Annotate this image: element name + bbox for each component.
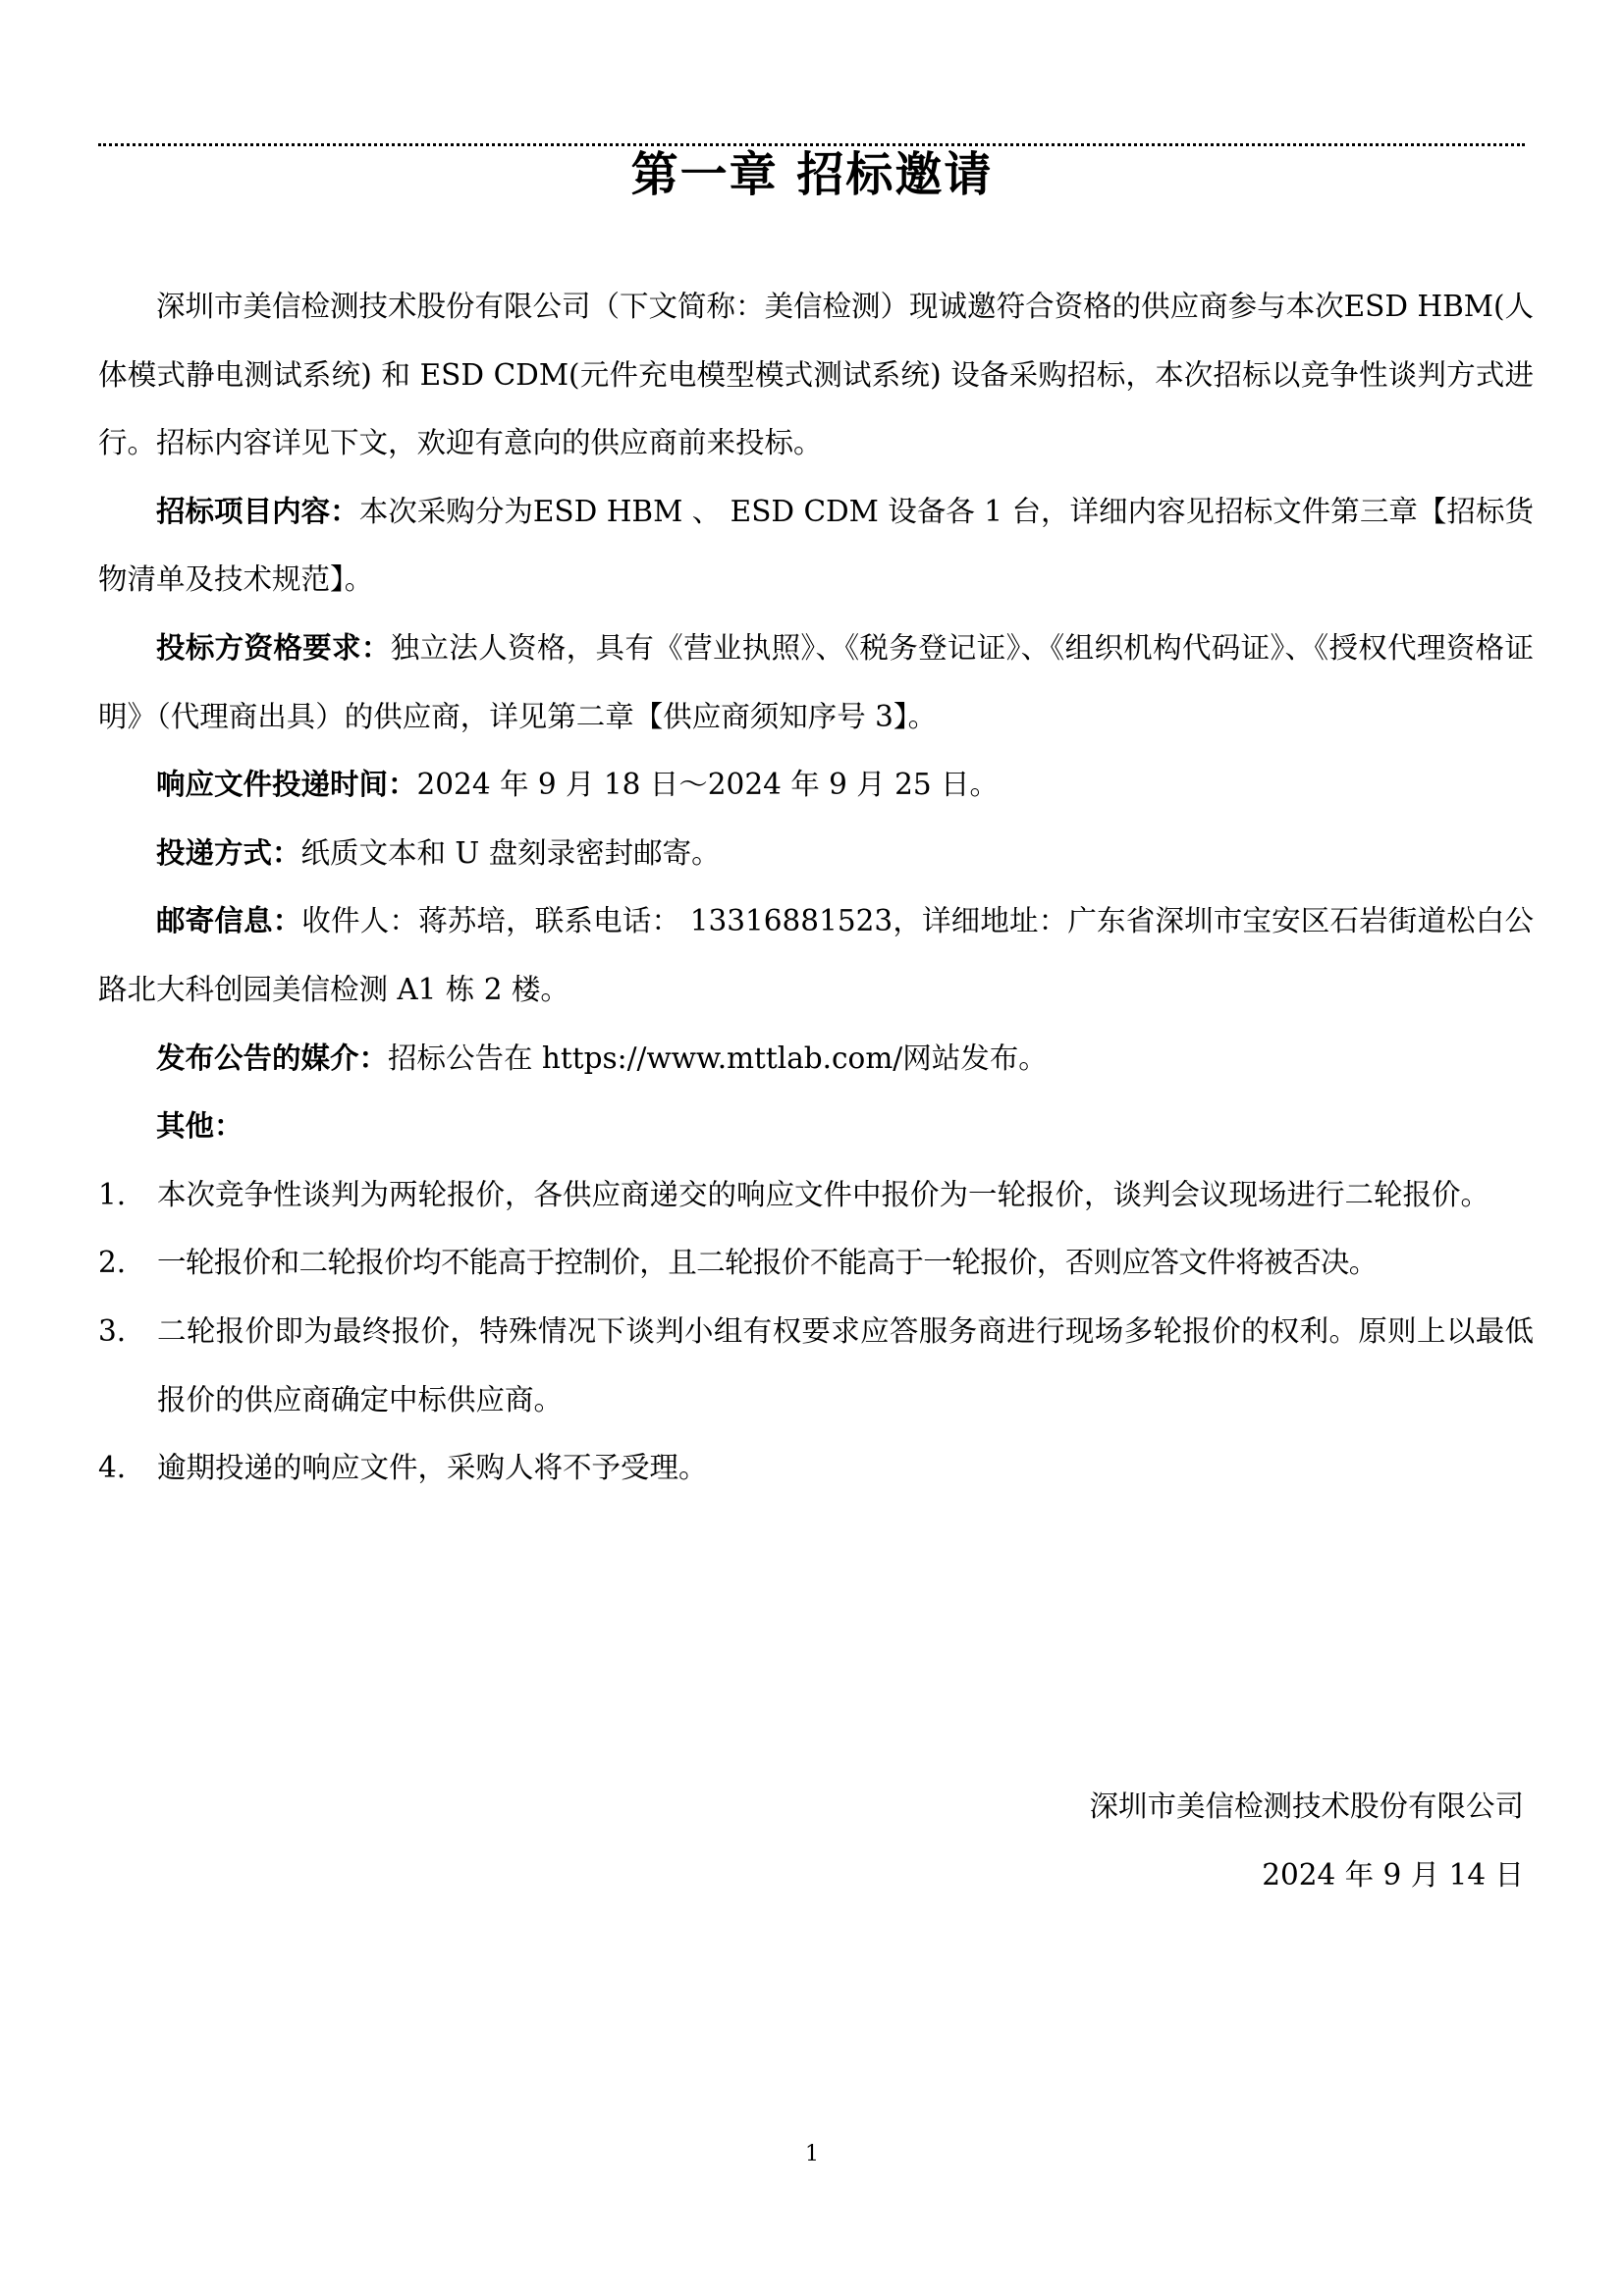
list-text: 一轮报价和二轮报价均不能高于控制价，且二轮报价不能高于一轮报价，否则应答文件将被… bbox=[157, 1246, 1378, 1279]
signature-date: 2024 年 9 月 14 日 bbox=[1089, 1842, 1524, 1910]
list-item: 3. 二轮报价即为最终报价，特殊情况下谈判小组有权要求应答服务商进行现场多轮报价… bbox=[98, 1298, 1534, 1434]
list-text: 二轮报价即为最终报价，特殊情况下谈判小组有权要求应答服务商进行现场多轮报价的权利… bbox=[157, 1314, 1534, 1416]
list-number: 1. bbox=[98, 1161, 126, 1230]
section-label: 其他： bbox=[156, 1109, 244, 1143]
section-project-content: 招标项目内容：本次采购分为ESD HBM 、 ESD CDM 设备各 1 台，详… bbox=[98, 478, 1534, 614]
chapter-title: 第一章 招标邀请 bbox=[0, 143, 1624, 206]
list-number: 4. bbox=[98, 1434, 126, 1503]
section-delivery-method: 投递方式：纸质文本和 U 盘刻录密封邮寄。 bbox=[98, 820, 1534, 888]
section-label: 投标方资格要求： bbox=[156, 631, 391, 665]
page-number: 1 bbox=[0, 2142, 1624, 2166]
section-text: 2024 年 9 月 18 日～2024 年 9 月 25 日。 bbox=[417, 768, 1000, 801]
document-body: 深圳市美信检测技术股份有限公司（下文简称：美信检测）现诚邀符合资格的供应商参与本… bbox=[98, 273, 1534, 1503]
list-item: 2. 一轮报价和二轮报价均不能高于控制价，且二轮报价不能高于一轮报价，否则应答文… bbox=[98, 1229, 1534, 1298]
section-label: 招标项目内容： bbox=[156, 495, 359, 528]
list-item: 1. 本次竞争性谈判为两轮报价，各供应商递交的响应文件中报价为一轮报价，谈判会议… bbox=[98, 1161, 1534, 1230]
section-mailing-info: 邮寄信息：收件人：蒋苏培，联系电话： 13316881523，详细地址：广东省深… bbox=[98, 887, 1534, 1024]
signature-block: 深圳市美信检测技术股份有限公司 2024 年 9 月 14 日 bbox=[1089, 1773, 1524, 1909]
list-item: 4. 逾期投递的响应文件，采购人将不予受理。 bbox=[98, 1434, 1534, 1503]
section-text: 收件人：蒋苏培，联系电话： 13316881523，详细地址：广东省深圳市宝安区… bbox=[98, 904, 1534, 1006]
list-number: 3. bbox=[98, 1298, 126, 1366]
intro-paragraph: 深圳市美信检测技术股份有限公司（下文简称：美信检测）现诚邀符合资格的供应商参与本… bbox=[98, 273, 1534, 478]
section-label: 投递方式： bbox=[156, 836, 301, 870]
section-publication-media: 发布公告的媒介：招标公告在 https://www.mttlab.com/网站发… bbox=[98, 1025, 1534, 1094]
other-items-list: 1. 本次竞争性谈判为两轮报价，各供应商递交的响应文件中报价为一轮报价，谈判会议… bbox=[98, 1161, 1534, 1503]
section-text: 招标公告在 https://www.mttlab.com/网站发布。 bbox=[388, 1041, 1048, 1075]
list-text: 本次竞争性谈判为两轮报价，各供应商递交的响应文件中报价为一轮报价，谈判会议现场进… bbox=[157, 1178, 1489, 1211]
section-other: 其他： bbox=[98, 1093, 1534, 1161]
list-text: 逾期投递的响应文件，采购人将不予受理。 bbox=[157, 1451, 708, 1484]
section-label: 发布公告的媒介： bbox=[156, 1041, 388, 1075]
section-label: 响应文件投递时间： bbox=[156, 768, 417, 801]
signature-company: 深圳市美信检测技术股份有限公司 bbox=[1089, 1773, 1524, 1842]
list-number: 2. bbox=[98, 1229, 126, 1298]
section-text: 纸质文本和 U 盘刻录密封邮寄。 bbox=[301, 836, 721, 870]
section-label: 邮寄信息： bbox=[156, 904, 301, 937]
section-bidder-qualification: 投标方资格要求：独立法人资格，具有《营业执照》、《税务登记证》、《组织机构代码证… bbox=[98, 614, 1534, 751]
section-submission-time: 响应文件投递时间：2024 年 9 月 18 日～2024 年 9 月 25 日… bbox=[98, 751, 1534, 820]
